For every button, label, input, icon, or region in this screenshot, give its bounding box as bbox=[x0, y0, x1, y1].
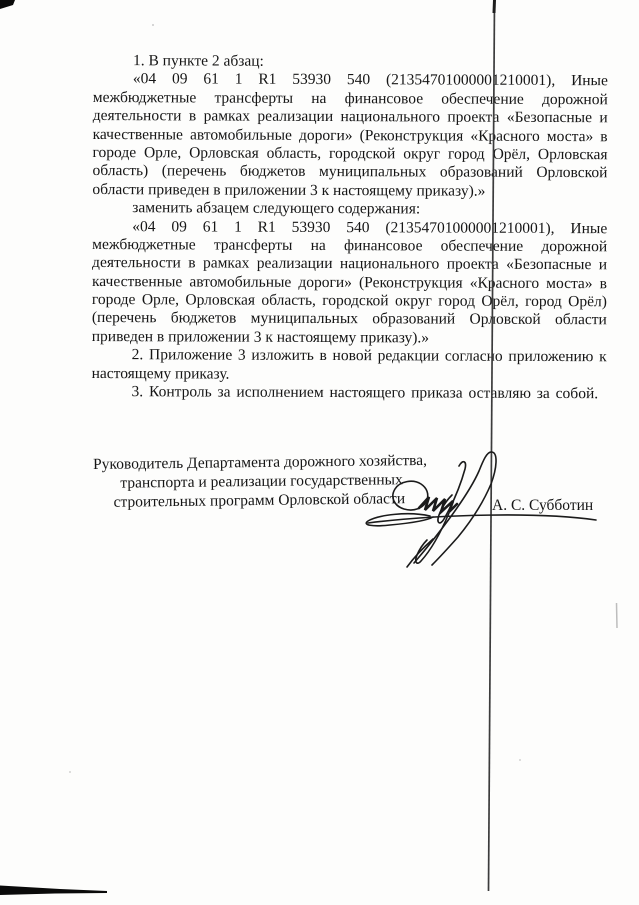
old-paragraph-line: «04 09 61 1 R1 53930 540 (21354701000001… bbox=[93, 70, 608, 91]
new-paragraph-line: качественные автомобильные дороги» (Реко… bbox=[92, 273, 607, 294]
point-3-line: 3. Контроль за исполнением настоящего пр… bbox=[91, 383, 606, 404]
point-2-line: настоящему приказу. bbox=[92, 365, 607, 386]
scan-speck bbox=[519, 759, 521, 761]
new-paragraph-line: деятельности в рамках реализации национа… bbox=[92, 254, 607, 275]
replace-instruction-line: заменить абзацем следующего содержания: bbox=[92, 199, 607, 220]
scan-artifact-right-faint bbox=[617, 603, 618, 628]
scan-speck bbox=[152, 24, 154, 26]
scan-speck bbox=[69, 771, 71, 773]
old-paragraph-line: деятельности в рамках реализации национа… bbox=[93, 107, 608, 128]
scanned-document-page: 1. В пункте 2 абзац: «04 09 61 1 R1 5393… bbox=[0, 0, 639, 905]
old-paragraph-line: области приведен в приложении 3 к настоя… bbox=[92, 181, 607, 202]
point-2-line: 2. Приложение 3 изложить в новой редакци… bbox=[92, 346, 607, 367]
new-paragraph-line: городе Орле, Орловская область, городско… bbox=[92, 291, 607, 312]
new-paragraph-line: межбюджетные трансферты на финансовое об… bbox=[92, 236, 607, 257]
document-body: 1. В пункте 2 абзац: «04 09 61 1 R1 5393… bbox=[91, 52, 608, 404]
signatory-name: А. С. Субботин bbox=[492, 497, 593, 515]
point-1-heading: 1. В пункте 2 абзац: bbox=[93, 52, 608, 73]
scan-fold-line-top bbox=[494, 0, 495, 13]
new-paragraph-line: (перечень бюджетов муниципальных образов… bbox=[92, 309, 607, 330]
scan-artifact-top-left bbox=[0, 0, 15, 9]
signatory-title-block: Руководитель Департамента дорожного хозя… bbox=[93, 450, 514, 513]
old-paragraph-line: городе Орле, Орловская область, городско… bbox=[93, 144, 608, 165]
new-paragraph-line: «04 09 61 1 R1 53930 540 (21354701000001… bbox=[92, 218, 607, 239]
old-paragraph-line: область) (перечень бюджетов муниципальны… bbox=[92, 162, 607, 183]
new-paragraph-line: приведен в приложении 3 к настоящему при… bbox=[92, 328, 607, 349]
signatory-title-line: строительных программ Орловской области bbox=[93, 488, 513, 512]
scan-artifact-bottom-left bbox=[0, 886, 107, 896]
old-paragraph-line: межбюджетные трансферты на финансовое об… bbox=[93, 89, 608, 110]
old-paragraph-line: качественные автомобильные дороги» (Реко… bbox=[93, 126, 608, 147]
